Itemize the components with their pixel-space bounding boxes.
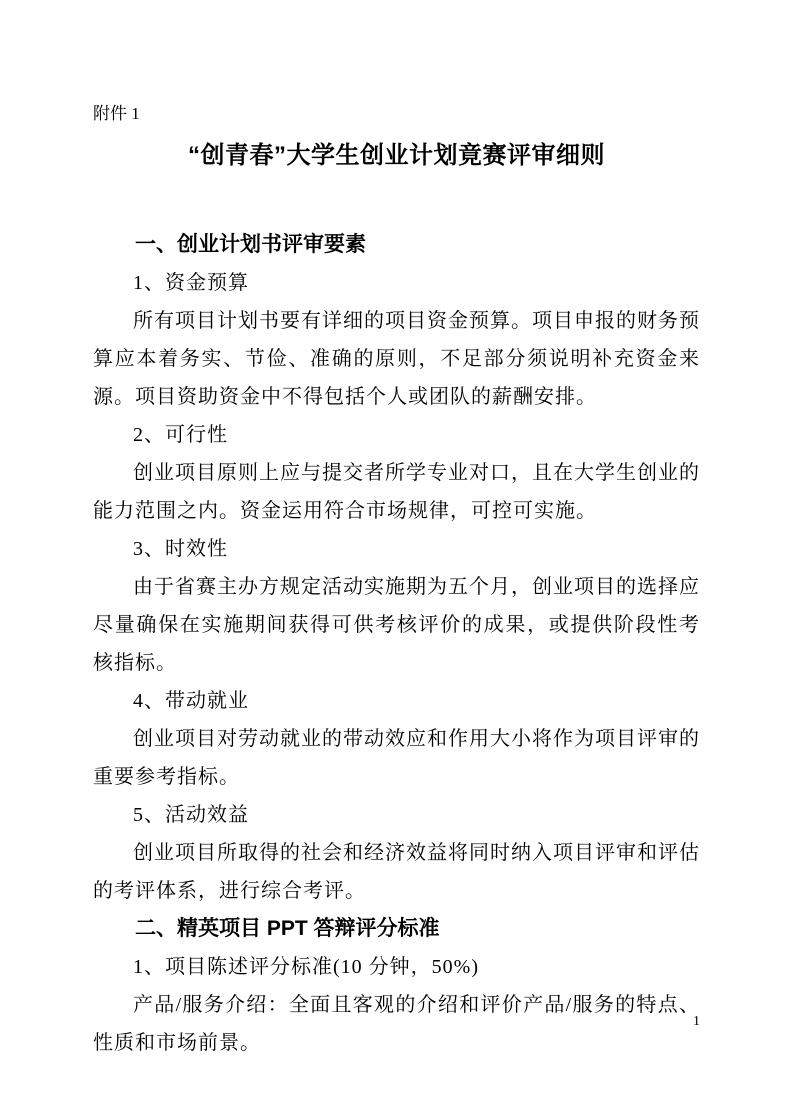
paragraph-1-5: 创业项目所取得的社会和经济效益将同时纳入项目评审和评估的考评体系，进行综合考评。	[93, 834, 700, 910]
paragraph-1-4: 创业项目对劳动就业的带动效应和作用大小将作为项目评审的重要参考指标。	[93, 720, 700, 796]
document-body: 一、创业计划书评审要素 1、资金预算 所有项目计划书要有详细的项目资金预算。项目…	[93, 226, 700, 1062]
page-number: 1	[693, 1012, 700, 1032]
paragraph-1-2: 创业项目原则上应与提交者所学专业对口，且在大学生创业的能力范围之内。资金运用符合…	[93, 454, 700, 530]
section-heading-1: 一、创业计划书评审要素	[93, 226, 700, 264]
list-item-1-5: 5、活动效益	[93, 796, 700, 834]
paragraph-1-1: 所有项目计划书要有详细的项目资金预算。项目申报的财务预算应本着务实、节俭、准确的…	[93, 302, 700, 416]
attachment-label: 附件 1	[93, 100, 700, 128]
section-heading-2: 二、精英项目 PPT 答辩评分标准	[93, 910, 700, 948]
list-item-1-2: 2、可行性	[93, 416, 700, 454]
list-item-1-1: 1、资金预算	[93, 264, 700, 302]
list-item-1-4: 4、带动就业	[93, 682, 700, 720]
page-content: 附件 1 “创青春”大学生创业计划竟赛评审细则 一、创业计划书评审要素 1、资金…	[93, 100, 700, 1062]
document-page: 附件 1 “创青春”大学生创业计划竟赛评审细则 一、创业计划书评审要素 1、资金…	[0, 0, 794, 1108]
paragraph-1-3: 由于省赛主办方规定活动实施期为五个月，创业项目的选择应尽量确保在实施期间获得可供…	[93, 568, 700, 682]
list-item-1-3: 3、时效性	[93, 530, 700, 568]
paragraph-2-1: 产品/服务介绍：全面且客观的介绍和评价产品/服务的特点、性质和市场前景。	[93, 986, 700, 1062]
document-title: “创青春”大学生创业计划竟赛评审细则	[93, 134, 700, 178]
list-item-2-1: 1、项目陈述评分标准(10 分钟，50%)	[93, 948, 700, 986]
